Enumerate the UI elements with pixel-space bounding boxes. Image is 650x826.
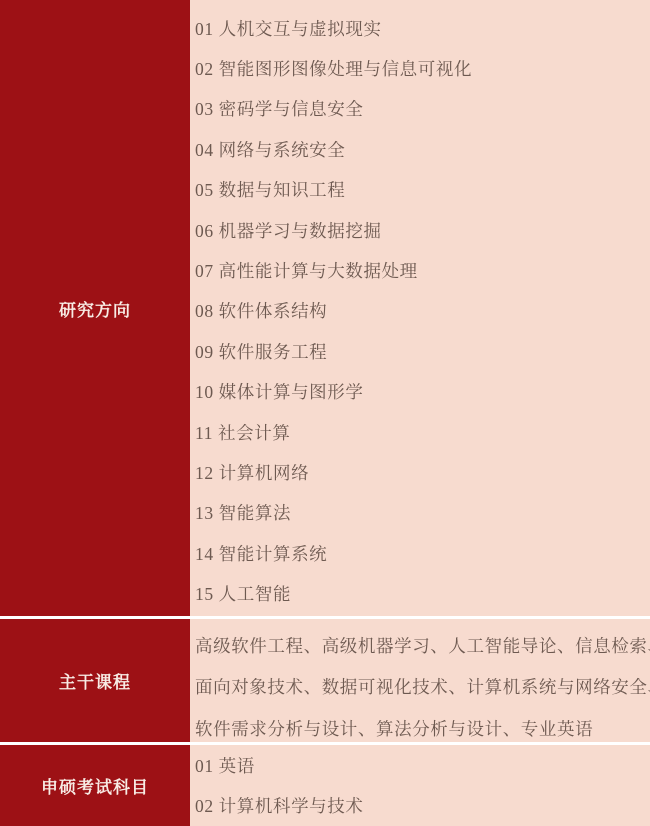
research-direction-item: 03 密码学与信息安全 <box>195 89 650 129</box>
row-label-research-directions: 研究方向 <box>0 0 190 616</box>
main-courses-line: 高级软件工程、高级机器学习、人工智能导论、信息检索、 <box>195 625 650 666</box>
research-direction-item: 10 媒体计算与图形学 <box>195 372 650 412</box>
research-direction-item: 07 高性能计算与大数据处理 <box>195 250 650 290</box>
research-direction-item: 02 智能图形图像处理与信息可视化 <box>195 48 650 88</box>
row-research-directions: 研究方向 01 人机交互与虚拟现实 02 智能图形图像处理与信息可视化 03 密… <box>0 0 650 616</box>
research-direction-item: 11 社会计算 <box>195 412 650 452</box>
program-info-table: 研究方向 01 人机交互与虚拟现实 02 智能图形图像处理与信息可视化 03 密… <box>0 0 650 826</box>
research-direction-item: 15 人工智能 <box>195 573 650 613</box>
research-direction-item: 01 人机交互与虚拟现实 <box>195 8 650 48</box>
main-courses-line: 面向对象技术、数据可视化技术、计算机系统与网络安全、 <box>195 666 650 707</box>
research-direction-item: 08 软件体系结构 <box>195 291 650 331</box>
research-direction-item: 09 软件服务工程 <box>195 331 650 371</box>
research-directions-list: 01 人机交互与虚拟现实 02 智能图形图像处理与信息可视化 03 密码学与信息… <box>190 0 650 616</box>
research-direction-item: 05 数据与知识工程 <box>195 170 650 210</box>
row-label-main-courses: 主干课程 <box>0 619 190 742</box>
main-courses-text: 高级软件工程、高级机器学习、人工智能导论、信息检索、 面向对象技术、数据可视化技… <box>190 619 650 742</box>
row-main-courses: 主干课程 高级软件工程、高级机器学习、人工智能导论、信息检索、 面向对象技术、数… <box>0 619 650 742</box>
main-courses-line: 软件需求分析与设计、算法分析与设计、专业英语 <box>195 708 650 742</box>
row-label-exam-subjects: 申硕考试科目 <box>0 745 190 826</box>
exam-subjects-list: 01 英语 02 计算机科学与技术 <box>190 745 650 826</box>
exam-subject-item: 02 计算机科学与技术 <box>195 786 650 826</box>
research-direction-item: 14 智能计算系统 <box>195 533 650 573</box>
exam-subject-item: 01 英语 <box>195 745 650 786</box>
research-direction-item: 06 机器学习与数据挖掘 <box>195 210 650 250</box>
research-direction-item: 04 网络与系统安全 <box>195 129 650 169</box>
research-direction-item: 12 计算机网络 <box>195 452 650 492</box>
research-direction-item: 13 智能算法 <box>195 493 650 533</box>
row-exam-subjects: 申硕考试科目 01 英语 02 计算机科学与技术 <box>0 745 650 826</box>
